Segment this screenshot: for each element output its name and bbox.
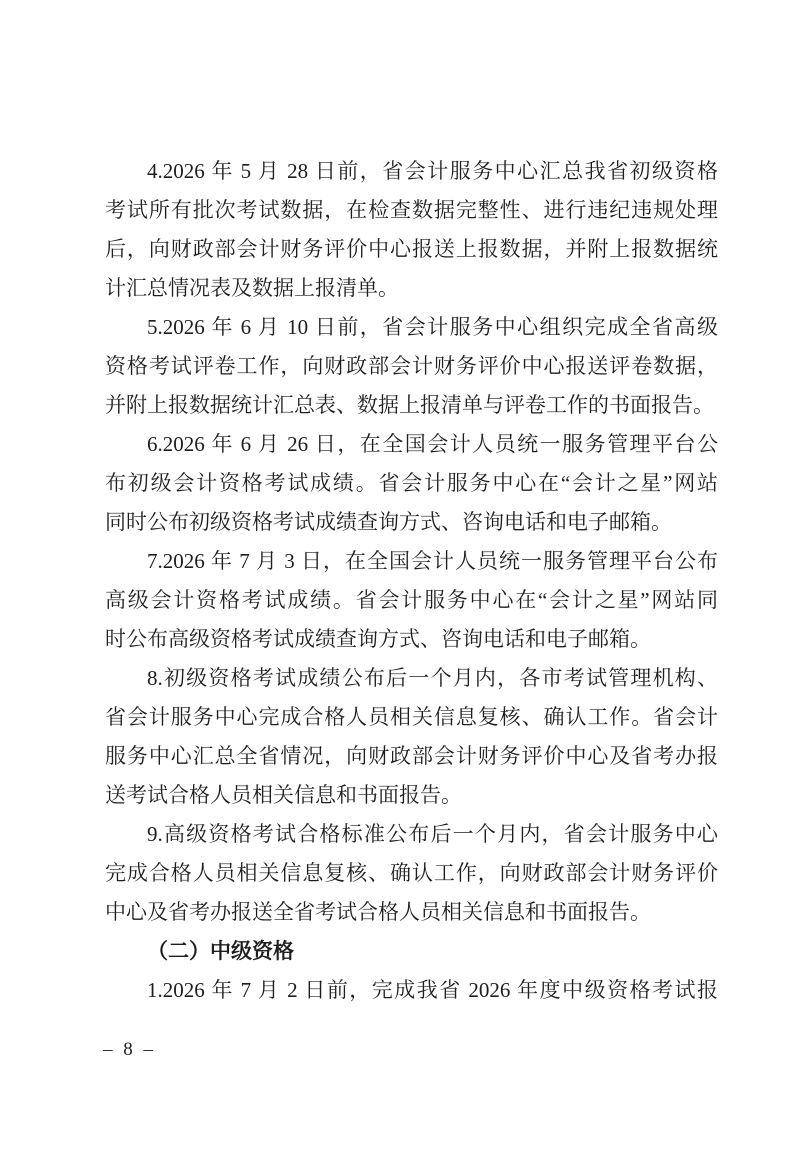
paragraph-item-9: 9.高级资格考试合格标准公布后一个月内，省会计服务中心 完成合格人员相关信息复核… bbox=[105, 815, 718, 932]
text-line: 9.高级资格考试合格标准公布后一个月内，省会计服务中心 bbox=[105, 815, 718, 854]
text-line: 时公布高级资格考试成绩查询方式、咨询电话和电子邮箱。 bbox=[105, 620, 718, 659]
text-line: 4.2026 年 5 月 28 日前，省会计服务中心汇总我省初级资格 bbox=[105, 152, 718, 191]
text-line: 资格考试评卷工作，向财政部会计财务评价中心报送评卷数据， bbox=[105, 347, 718, 386]
text-line: 同时公布初级资格考试成绩查询方式、咨询电话和电子邮箱。 bbox=[105, 503, 718, 542]
text-line: 1.2026 年 7 月 2 日前，完成我省 2026 年度中级资格考试报 bbox=[105, 971, 718, 1010]
paragraph-item-8: 8.初级资格考试成绩公布后一个月内，各市考试管理机构、 省会计服务中心完成合格人… bbox=[105, 659, 718, 815]
text-line: 高级会计资格考试成绩。省会计服务中心在“会计之星”网站同 bbox=[105, 581, 718, 620]
text-line: 8.初级资格考试成绩公布后一个月内，各市考试管理机构、 bbox=[105, 659, 718, 698]
paragraph-item-7: 7.2026 年 7 月 3 日，在全国会计人员统一服务管理平台公布 高级会计资… bbox=[105, 542, 718, 659]
document-body: 4.2026 年 5 月 28 日前，省会计服务中心汇总我省初级资格 考试所有批… bbox=[105, 152, 718, 1010]
text-line: 省会计服务中心完成合格人员相关信息复核、确认工作。省会计 bbox=[105, 698, 718, 737]
section-heading: （二）中级资格 bbox=[105, 932, 718, 971]
text-line: 中心及省考办报送全省考试合格人员相关信息和书面报告。 bbox=[105, 893, 718, 932]
document-page: 4.2026 年 5 月 28 日前，省会计服务中心汇总我省初级资格 考试所有批… bbox=[0, 0, 800, 1154]
text-line: 计汇总情况表及数据上报清单。 bbox=[105, 269, 718, 308]
text-line: 5.2026 年 6 月 10 日前，省会计服务中心组织完成全省高级 bbox=[105, 308, 718, 347]
text-line: 后，向财政部会计财务评价中心报送上报数据，并附上报数据统 bbox=[105, 230, 718, 269]
text-line: 并附上报数据统计汇总表、数据上报清单与评卷工作的书面报告。 bbox=[105, 386, 718, 425]
text-line: 考试所有批次考试数据，在检查数据完整性、进行违纪违规处理 bbox=[105, 191, 718, 230]
page-number: – 8 – bbox=[103, 1037, 156, 1063]
text-line: 送考试合格人员相关信息和书面报告。 bbox=[105, 776, 718, 815]
paragraph-item-6: 6.2026 年 6 月 26 日，在全国会计人员统一服务管理平台公 布初级会计… bbox=[105, 425, 718, 542]
section-heading-block: （二）中级资格 bbox=[105, 932, 718, 971]
text-line: 布初级会计资格考试成绩。省会计服务中心在“会计之星”网站 bbox=[105, 464, 718, 503]
text-line: 7.2026 年 7 月 3 日，在全国会计人员统一服务管理平台公布 bbox=[105, 542, 718, 581]
paragraph-item-5: 5.2026 年 6 月 10 日前，省会计服务中心组织完成全省高级 资格考试评… bbox=[105, 308, 718, 425]
text-line: 6.2026 年 6 月 26 日，在全国会计人员统一服务管理平台公 bbox=[105, 425, 718, 464]
paragraph-item-4: 4.2026 年 5 月 28 日前，省会计服务中心汇总我省初级资格 考试所有批… bbox=[105, 152, 718, 308]
text-line: 服务中心汇总全省情况，向财政部会计财务评价中心及省考办报 bbox=[105, 737, 718, 776]
paragraph-item-zhongji-1: 1.2026 年 7 月 2 日前，完成我省 2026 年度中级资格考试报 bbox=[105, 971, 718, 1010]
text-line: 完成合格人员相关信息复核、确认工作，向财政部会计财务评价 bbox=[105, 854, 718, 893]
